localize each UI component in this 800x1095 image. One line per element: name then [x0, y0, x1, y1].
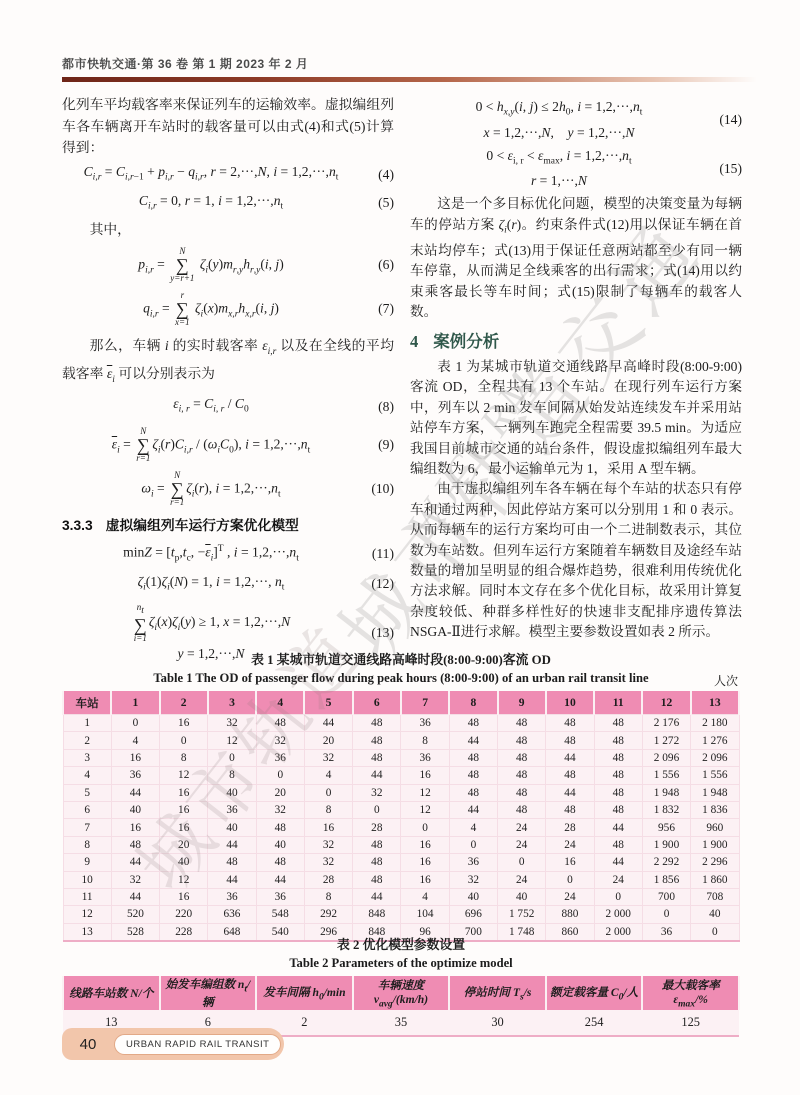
- od-value-cell: 48: [353, 836, 401, 853]
- table1-unit-label: 人次: [714, 672, 738, 689]
- equation-4: Ci,r = Ci,r−1 + pi,r − qi,r, r = 2,···,N…: [62, 162, 394, 188]
- od-value-cell: 32: [111, 871, 159, 888]
- column-header: 2: [160, 691, 208, 715]
- od-value-cell: 1 556: [642, 767, 690, 784]
- station-cell: 11: [63, 888, 111, 905]
- od-table-block: 表 1 某城市轨道交通线路高峰时段(8:00-9:00)客流 OD Table …: [62, 649, 740, 942]
- equation-number: (12): [360, 574, 394, 594]
- equation-line: 0 < εi, r < εmax, i = 1,2,···,nt: [410, 146, 708, 172]
- od-table-header-row: 车站12345678910111213: [63, 691, 739, 715]
- table-row: 3168036324836484844482 0962 096: [63, 749, 739, 766]
- od-value-cell: 8: [304, 888, 352, 905]
- od-value-cell: 48: [594, 732, 642, 749]
- od-value-cell: 48: [594, 715, 642, 732]
- od-value-cell: 0: [353, 801, 401, 818]
- column-header: 线路车站数 N/个: [63, 976, 160, 1010]
- column-header: 6: [353, 691, 401, 715]
- od-value-cell: 16: [546, 854, 594, 871]
- od-value-cell: 0: [642, 906, 690, 923]
- column-header: 车站: [63, 691, 111, 715]
- left-column: 化列车平均载客率来保证列车的运输效率。虚拟编组列车各车辆离开车站时的载客量可以由…: [62, 94, 394, 670]
- od-value-cell: 2 000: [594, 906, 642, 923]
- od-value-cell: 848: [353, 906, 401, 923]
- station-cell: 12: [63, 906, 111, 923]
- od-value-cell: 24: [546, 888, 594, 905]
- od-value-cell: 1 276: [691, 732, 739, 749]
- od-value-cell: 44: [208, 836, 256, 853]
- od-value-cell: 696: [449, 906, 497, 923]
- param-value-cell: 35: [353, 1010, 450, 1036]
- od-value-cell: 20: [304, 732, 352, 749]
- equation-12: ζi(1)ζi(N) = 1, i = 1,2,···, nt (12): [62, 572, 394, 598]
- od-value-cell: 1 752: [498, 906, 546, 923]
- station-cell: 6: [63, 801, 111, 818]
- od-value-cell: 36: [449, 854, 497, 871]
- table-row: 125202206365482928481046961 7528802 0000…: [63, 906, 739, 923]
- od-value-cell: 1 272: [642, 732, 690, 749]
- station-cell: 2: [63, 732, 111, 749]
- od-value-cell: 16: [401, 767, 449, 784]
- table-row: 436128044416484848481 5561 556: [63, 767, 739, 784]
- table1-caption-en: Table 1 The OD of passenger flow during …: [153, 671, 648, 685]
- equation-number: (11): [360, 544, 394, 564]
- column-header: 车辆速度 vavg/(km/h): [353, 976, 450, 1010]
- od-value-cell: 48: [594, 801, 642, 818]
- section-heading-333: 3.3.3 虚拟编组列车运行方案优化模型: [62, 515, 394, 537]
- right-column: 0 < hx,y(i, j) ≤ 2h0, i = 1,2,···,nt x =…: [410, 94, 742, 670]
- od-value-cell: 24: [498, 819, 546, 836]
- od-value-cell: 44: [449, 732, 497, 749]
- od-value-cell: 220: [160, 906, 208, 923]
- od-value-cell: 36: [401, 715, 449, 732]
- station-cell: 7: [63, 819, 111, 836]
- od-value-cell: 44: [594, 819, 642, 836]
- od-value-cell: 4: [401, 888, 449, 905]
- table-row: 716164048162804242844956960: [63, 819, 739, 836]
- od-value-cell: 0: [449, 836, 497, 853]
- table2-caption-zh: 表 2 优化模型参数设置: [62, 934, 740, 953]
- od-value-cell: 48: [353, 732, 401, 749]
- od-value-cell: 44: [111, 784, 159, 801]
- equation-15: 0 < εi, r < εmax, i = 1,2,···,nt r = 1,·…: [410, 146, 742, 192]
- equation-number: (14): [708, 110, 742, 130]
- equation-number: (15): [708, 159, 742, 179]
- od-value-cell: 40: [498, 888, 546, 905]
- equation-number: (4): [360, 165, 394, 185]
- od-value-cell: 4: [111, 732, 159, 749]
- od-value-cell: 48: [256, 854, 304, 871]
- od-value-cell: 16: [160, 819, 208, 836]
- od-value-cell: 44: [546, 784, 594, 801]
- od-value-cell: 44: [111, 888, 159, 905]
- od-value-cell: 32: [304, 854, 352, 871]
- od-value-cell: 104: [401, 906, 449, 923]
- equation-11: minZ = [tp,tc, −εi]T , i = 1,2,···,nt (1…: [62, 539, 394, 568]
- journal-name-pill: URBAN RAPID RAIL TRANSIT: [114, 1034, 281, 1055]
- station-cell: 1: [63, 715, 111, 732]
- od-value-cell: 16: [111, 819, 159, 836]
- od-value-cell: 44: [449, 801, 497, 818]
- od-value-cell: 48: [594, 749, 642, 766]
- od-value-cell: 48: [498, 715, 546, 732]
- table-row: 240123220488444848481 2721 276: [63, 732, 739, 749]
- od-value-cell: 1 832: [642, 801, 690, 818]
- od-value-cell: 44: [353, 767, 401, 784]
- paragraph: 那么，车辆 i 的实时载客率 εi,r 以及在全线的平均载客率 εi 可以分别表…: [62, 335, 394, 392]
- od-value-cell: 1 900: [691, 836, 739, 853]
- page-number: 40: [62, 1036, 114, 1053]
- od-value-cell: 0: [304, 784, 352, 801]
- od-value-cell: 48: [498, 784, 546, 801]
- equation-5: Ci,r = 0, r = 1, i = 1,2,···,nt (5): [62, 191, 394, 217]
- od-value-cell: 960: [691, 819, 739, 836]
- od-value-cell: 44: [111, 854, 159, 871]
- column-header: 10: [546, 691, 594, 715]
- od-value-cell: 8: [401, 732, 449, 749]
- od-value-cell: 32: [256, 801, 304, 818]
- od-value-cell: 16: [160, 888, 208, 905]
- od-value-cell: 40: [256, 836, 304, 853]
- od-value-cell: 700: [642, 888, 690, 905]
- od-value-cell: 32: [449, 871, 497, 888]
- od-value-cell: 48: [353, 871, 401, 888]
- param-value-cell: 30: [449, 1010, 546, 1036]
- od-value-cell: 48: [449, 715, 497, 732]
- od-value-cell: 8: [160, 749, 208, 766]
- od-value-cell: 2 096: [691, 749, 739, 766]
- od-value-cell: 0: [256, 767, 304, 784]
- od-value-cell: 36: [401, 749, 449, 766]
- od-value-cell: 32: [353, 784, 401, 801]
- od-value-cell: 32: [256, 732, 304, 749]
- equation-line: 0 < hx,y(i, j) ≤ 2h0, i = 1,2,···,nt: [410, 97, 708, 123]
- od-value-cell: 12: [160, 767, 208, 784]
- od-value-cell: 12: [208, 732, 256, 749]
- od-value-cell: 16: [304, 819, 352, 836]
- column-header: 最大载客率 εmax/%: [642, 976, 739, 1010]
- footer-badge: 40 URBAN RAPID RAIL TRANSIT: [62, 1028, 284, 1060]
- two-column-body: 化列车平均载客率来保证列车的运输效率。虚拟编组列车各车辆离开车站时的载客量可以由…: [62, 94, 742, 670]
- equation-body: ζi(1)ζi(N) = 1, i = 1,2,···, nt: [62, 572, 360, 598]
- section-heading-4: 4 案例分析: [410, 332, 742, 352]
- od-value-cell: 40: [111, 801, 159, 818]
- column-header: 9: [498, 691, 546, 715]
- paragraph: 其中，: [62, 219, 394, 241]
- od-value-cell: 44: [353, 888, 401, 905]
- section-number: 3.3.3: [62, 515, 93, 537]
- od-value-cell: 0: [498, 854, 546, 871]
- od-value-cell: 36: [256, 888, 304, 905]
- od-value-cell: 1 948: [642, 784, 690, 801]
- equation-14: 0 < hx,y(i, j) ≤ 2h0, i = 1,2,···,nt x =…: [410, 97, 742, 143]
- od-value-cell: 4: [449, 819, 497, 836]
- od-value-cell: 880: [546, 906, 594, 923]
- od-value-cell: 12: [401, 801, 449, 818]
- od-value-cell: 0: [160, 732, 208, 749]
- column-header: 始发车编组数 nt/辆: [160, 976, 257, 1010]
- table1-caption-en-row: Table 1 The OD of passenger flow during …: [62, 671, 740, 686]
- equation-body: minZ = [tp,tc, −εi]T , i = 1,2,···,nt: [62, 539, 360, 568]
- od-value-cell: 36: [208, 888, 256, 905]
- od-value-cell: 548: [256, 906, 304, 923]
- column-header: 4: [256, 691, 304, 715]
- od-value-cell: 0: [111, 715, 159, 732]
- equation-number: (6): [360, 255, 394, 275]
- equation-body: 0 < εi, r < εmax, i = 1,2,···,nt r = 1,·…: [410, 146, 708, 192]
- od-value-cell: 708: [691, 888, 739, 905]
- journal-page: 都市快轨交通·第 36 卷 第 1 期 2023 年 2 月 城市轨道交通 WJ…: [0, 0, 800, 1095]
- od-value-cell: 16: [160, 784, 208, 801]
- od-value-cell: 1 860: [691, 871, 739, 888]
- equation-line: nt∑i=1ζi(x)ζi(y) ≥ 1, x = 1,2,···,N: [62, 603, 360, 643]
- header-divider: [62, 77, 757, 82]
- equation-body: pi,r = N∑y=r+1 ζi(y)mr,yhr,y(i, j): [62, 247, 360, 284]
- od-value-cell: 4: [304, 767, 352, 784]
- table-row: 10163248444836484848482 1762 180: [63, 715, 739, 732]
- equation-8: εi, r = Ci, r / C0 (8): [62, 394, 394, 420]
- table-row: 103212444428481632240241 8561 860: [63, 871, 739, 888]
- column-header: 12: [642, 691, 690, 715]
- od-value-cell: 12: [401, 784, 449, 801]
- column-header: 1: [111, 691, 159, 715]
- od-value-cell: 520: [111, 906, 159, 923]
- station-cell: 10: [63, 871, 111, 888]
- column-header: 3: [208, 691, 256, 715]
- param-value-cell: 254: [546, 1010, 643, 1036]
- od-value-cell: 20: [256, 784, 304, 801]
- equation-number: (8): [360, 397, 394, 417]
- od-value-cell: 2 292: [642, 854, 690, 871]
- paragraph: 表 1 为某城市轨道交通线路早高峰时段(8:00-9:00)客流 OD，全程共有…: [410, 357, 742, 479]
- section-title: 虚拟编组列车运行方案优化模型: [106, 515, 299, 537]
- column-header: 停站时间 Ts/s: [449, 976, 546, 1010]
- od-value-cell: 48: [546, 801, 594, 818]
- equation-number: (10): [360, 479, 394, 499]
- equation-6: pi,r = N∑y=r+1 ζi(y)mr,yhr,y(i, j) (6): [62, 247, 394, 284]
- table-row: 84820444032481602424481 9001 900: [63, 836, 739, 853]
- od-value-cell: 48: [353, 715, 401, 732]
- param-value-cell: 125: [642, 1010, 739, 1036]
- od-value-cell: 2 296: [691, 854, 739, 871]
- od-value-cell: 24: [498, 836, 546, 853]
- equation-body: εi = N∑r=1ζi(r)Ci,r / (ωiC0), i = 1,2,··…: [62, 427, 360, 464]
- od-value-cell: 48: [353, 749, 401, 766]
- od-value-cell: 16: [111, 749, 159, 766]
- od-value-cell: 36: [208, 801, 256, 818]
- equation-line: r = 1,···,N: [410, 171, 708, 191]
- od-value-cell: 40: [691, 906, 739, 923]
- od-value-cell: 32: [208, 715, 256, 732]
- equation-9: εi = N∑r=1ζi(r)Ci,r / (ωiC0), i = 1,2,··…: [62, 427, 394, 464]
- od-value-cell: 40: [160, 854, 208, 871]
- paragraph: 由于虚拟编组列车各车辆在每个车站的状态只有停车和通过两种，因此停站方案可以分别用…: [410, 479, 742, 642]
- od-value-cell: 2 096: [642, 749, 690, 766]
- od-value-cell: 48: [256, 819, 304, 836]
- paragraph: 化列车平均载客率来保证列车的运输效率。虚拟编组列车各车辆离开车站时的载客量可以由…: [62, 94, 394, 159]
- equation-number: (7): [360, 299, 394, 319]
- od-value-cell: 48: [449, 784, 497, 801]
- od-value-cell: 36: [111, 767, 159, 784]
- od-value-cell: 292: [304, 906, 352, 923]
- od-value-cell: 48: [594, 767, 642, 784]
- od-value-cell: 48: [208, 854, 256, 871]
- od-value-cell: 1 900: [642, 836, 690, 853]
- od-value-cell: 48: [498, 801, 546, 818]
- equation-body: Ci,r = Ci,r−1 + pi,r − qi,r, r = 2,···,N…: [62, 162, 360, 188]
- od-value-cell: 28: [353, 819, 401, 836]
- table1-caption-zh: 表 1 某城市轨道交通线路高峰时段(8:00-9:00)客流 OD: [62, 649, 740, 668]
- od-value-cell: 1 948: [691, 784, 739, 801]
- table2-caption-en-row: Table 2 Parameters of the optimize model: [62, 956, 740, 971]
- table-row: 94440484832481636016442 2922 296: [63, 854, 739, 871]
- od-value-cell: 16: [160, 715, 208, 732]
- od-value-cell: 8: [208, 767, 256, 784]
- station-cell: 9: [63, 854, 111, 871]
- od-value-cell: 32: [304, 836, 352, 853]
- station-cell: 8: [63, 836, 111, 853]
- od-value-cell: 24: [498, 871, 546, 888]
- equation-number: (13): [360, 623, 394, 643]
- column-header: 8: [449, 691, 497, 715]
- param-table-header-row: 线路车站数 N/个始发车编组数 nt/辆发车间隔 h0/min车辆速度 vavg…: [63, 976, 739, 1010]
- od-value-cell: 48: [256, 715, 304, 732]
- column-header: 发车间隔 h0/min: [256, 976, 353, 1010]
- equation-body: Ci,r = 0, r = 1, i = 1,2,···,nt: [62, 191, 360, 217]
- station-cell: 4: [63, 767, 111, 784]
- column-header: 额定载客量 C0/人: [546, 976, 643, 1010]
- equation-10: ωi = N∑r=1ζi(r), i = 1,2,···,nt (10): [62, 471, 394, 508]
- od-value-cell: 48: [498, 749, 546, 766]
- column-header: 11: [594, 691, 642, 715]
- od-value-cell: 16: [401, 836, 449, 853]
- od-value-cell: 44: [256, 871, 304, 888]
- od-value-cell: 48: [546, 767, 594, 784]
- table-row: 114416363684444040240700708: [63, 888, 739, 905]
- equation-body: εi, r = Ci, r / C0: [62, 394, 360, 420]
- od-value-cell: 36: [256, 749, 304, 766]
- paragraph: 这是一个多目标优化问题，模型的决策变量为每辆车的停站方案 ζi(r)。约束条件式…: [410, 194, 742, 322]
- section-title: 案例分析: [433, 332, 499, 352]
- od-value-cell: 48: [353, 854, 401, 871]
- od-value-cell: 24: [546, 836, 594, 853]
- od-table-body: 10163248444836484848482 1762 18024012322…: [63, 715, 739, 942]
- equation-number: (5): [360, 193, 394, 213]
- od-value-cell: 16: [401, 871, 449, 888]
- od-value-cell: 0: [208, 749, 256, 766]
- od-value-cell: 0: [546, 871, 594, 888]
- od-value-cell: 28: [546, 819, 594, 836]
- od-value-cell: 20: [160, 836, 208, 853]
- od-value-cell: 636: [208, 906, 256, 923]
- od-value-cell: 48: [498, 732, 546, 749]
- equation-body: ωi = N∑r=1ζi(r), i = 1,2,···,nt: [62, 471, 360, 508]
- station-cell: 3: [63, 749, 111, 766]
- equation-line: x = 1,2,···,N, y = 1,2,···,N: [410, 123, 708, 143]
- section-number: 4: [410, 332, 418, 352]
- od-value-cell: 48: [449, 749, 497, 766]
- od-value-cell: 48: [449, 767, 497, 784]
- od-value-cell: 24: [594, 871, 642, 888]
- table-row: 54416402003212484844481 9481 948: [63, 784, 739, 801]
- od-value-cell: 48: [111, 836, 159, 853]
- od-value-cell: 2 176: [642, 715, 690, 732]
- od-value-cell: 48: [546, 732, 594, 749]
- table2-caption-en: Table 2 Parameters of the optimize model: [289, 956, 512, 970]
- equation-body: 0 < hx,y(i, j) ≤ 2h0, i = 1,2,···,nt x =…: [410, 97, 708, 143]
- od-value-cell: 0: [594, 888, 642, 905]
- journal-name-en: URBAN RAPID RAIL TRANSIT: [126, 1039, 269, 1050]
- column-header: 5: [304, 691, 352, 715]
- param-table-block: 表 2 优化模型参数设置 Table 2 Parameters of the o…: [62, 934, 740, 1037]
- od-value-cell: 44: [594, 854, 642, 871]
- station-cell: 5: [63, 784, 111, 801]
- od-value-cell: 40: [208, 819, 256, 836]
- equation-body: qi,r = r∑x=1 ζi(x)mx,rhx,r(i, j): [62, 291, 360, 328]
- column-header: 13: [691, 691, 739, 715]
- od-value-cell: 40: [449, 888, 497, 905]
- equation-number: (9): [360, 435, 394, 455]
- od-value-cell: 1 556: [691, 767, 739, 784]
- od-value-cell: 48: [498, 767, 546, 784]
- od-value-cell: 0: [401, 819, 449, 836]
- od-value-cell: 32: [304, 749, 352, 766]
- od-value-cell: 44: [208, 871, 256, 888]
- od-value-cell: 1 836: [691, 801, 739, 818]
- od-value-cell: 16: [401, 854, 449, 871]
- od-value-cell: 2 180: [691, 715, 739, 732]
- od-value-cell: 12: [160, 871, 208, 888]
- running-head: 都市快轨交通·第 36 卷 第 1 期 2023 年 2 月: [62, 55, 308, 72]
- od-value-cell: 16: [160, 801, 208, 818]
- od-value-cell: 28: [304, 871, 352, 888]
- od-value-cell: 1 856: [642, 871, 690, 888]
- od-value-cell: 8: [304, 801, 352, 818]
- od-value-cell: 956: [642, 819, 690, 836]
- od-value-cell: 48: [546, 715, 594, 732]
- od-value-cell: 44: [304, 715, 352, 732]
- od-value-cell: 48: [594, 784, 642, 801]
- od-table: 车站12345678910111213 10163248444836484848…: [62, 691, 740, 942]
- od-value-cell: 44: [546, 749, 594, 766]
- od-value-cell: 40: [208, 784, 256, 801]
- table-row: 6401636328012444848481 8321 836: [63, 801, 739, 818]
- column-header: 7: [401, 691, 449, 715]
- od-value-cell: 48: [594, 836, 642, 853]
- equation-7: qi,r = r∑x=1 ζi(x)mx,rhx,r(i, j) (7): [62, 291, 394, 328]
